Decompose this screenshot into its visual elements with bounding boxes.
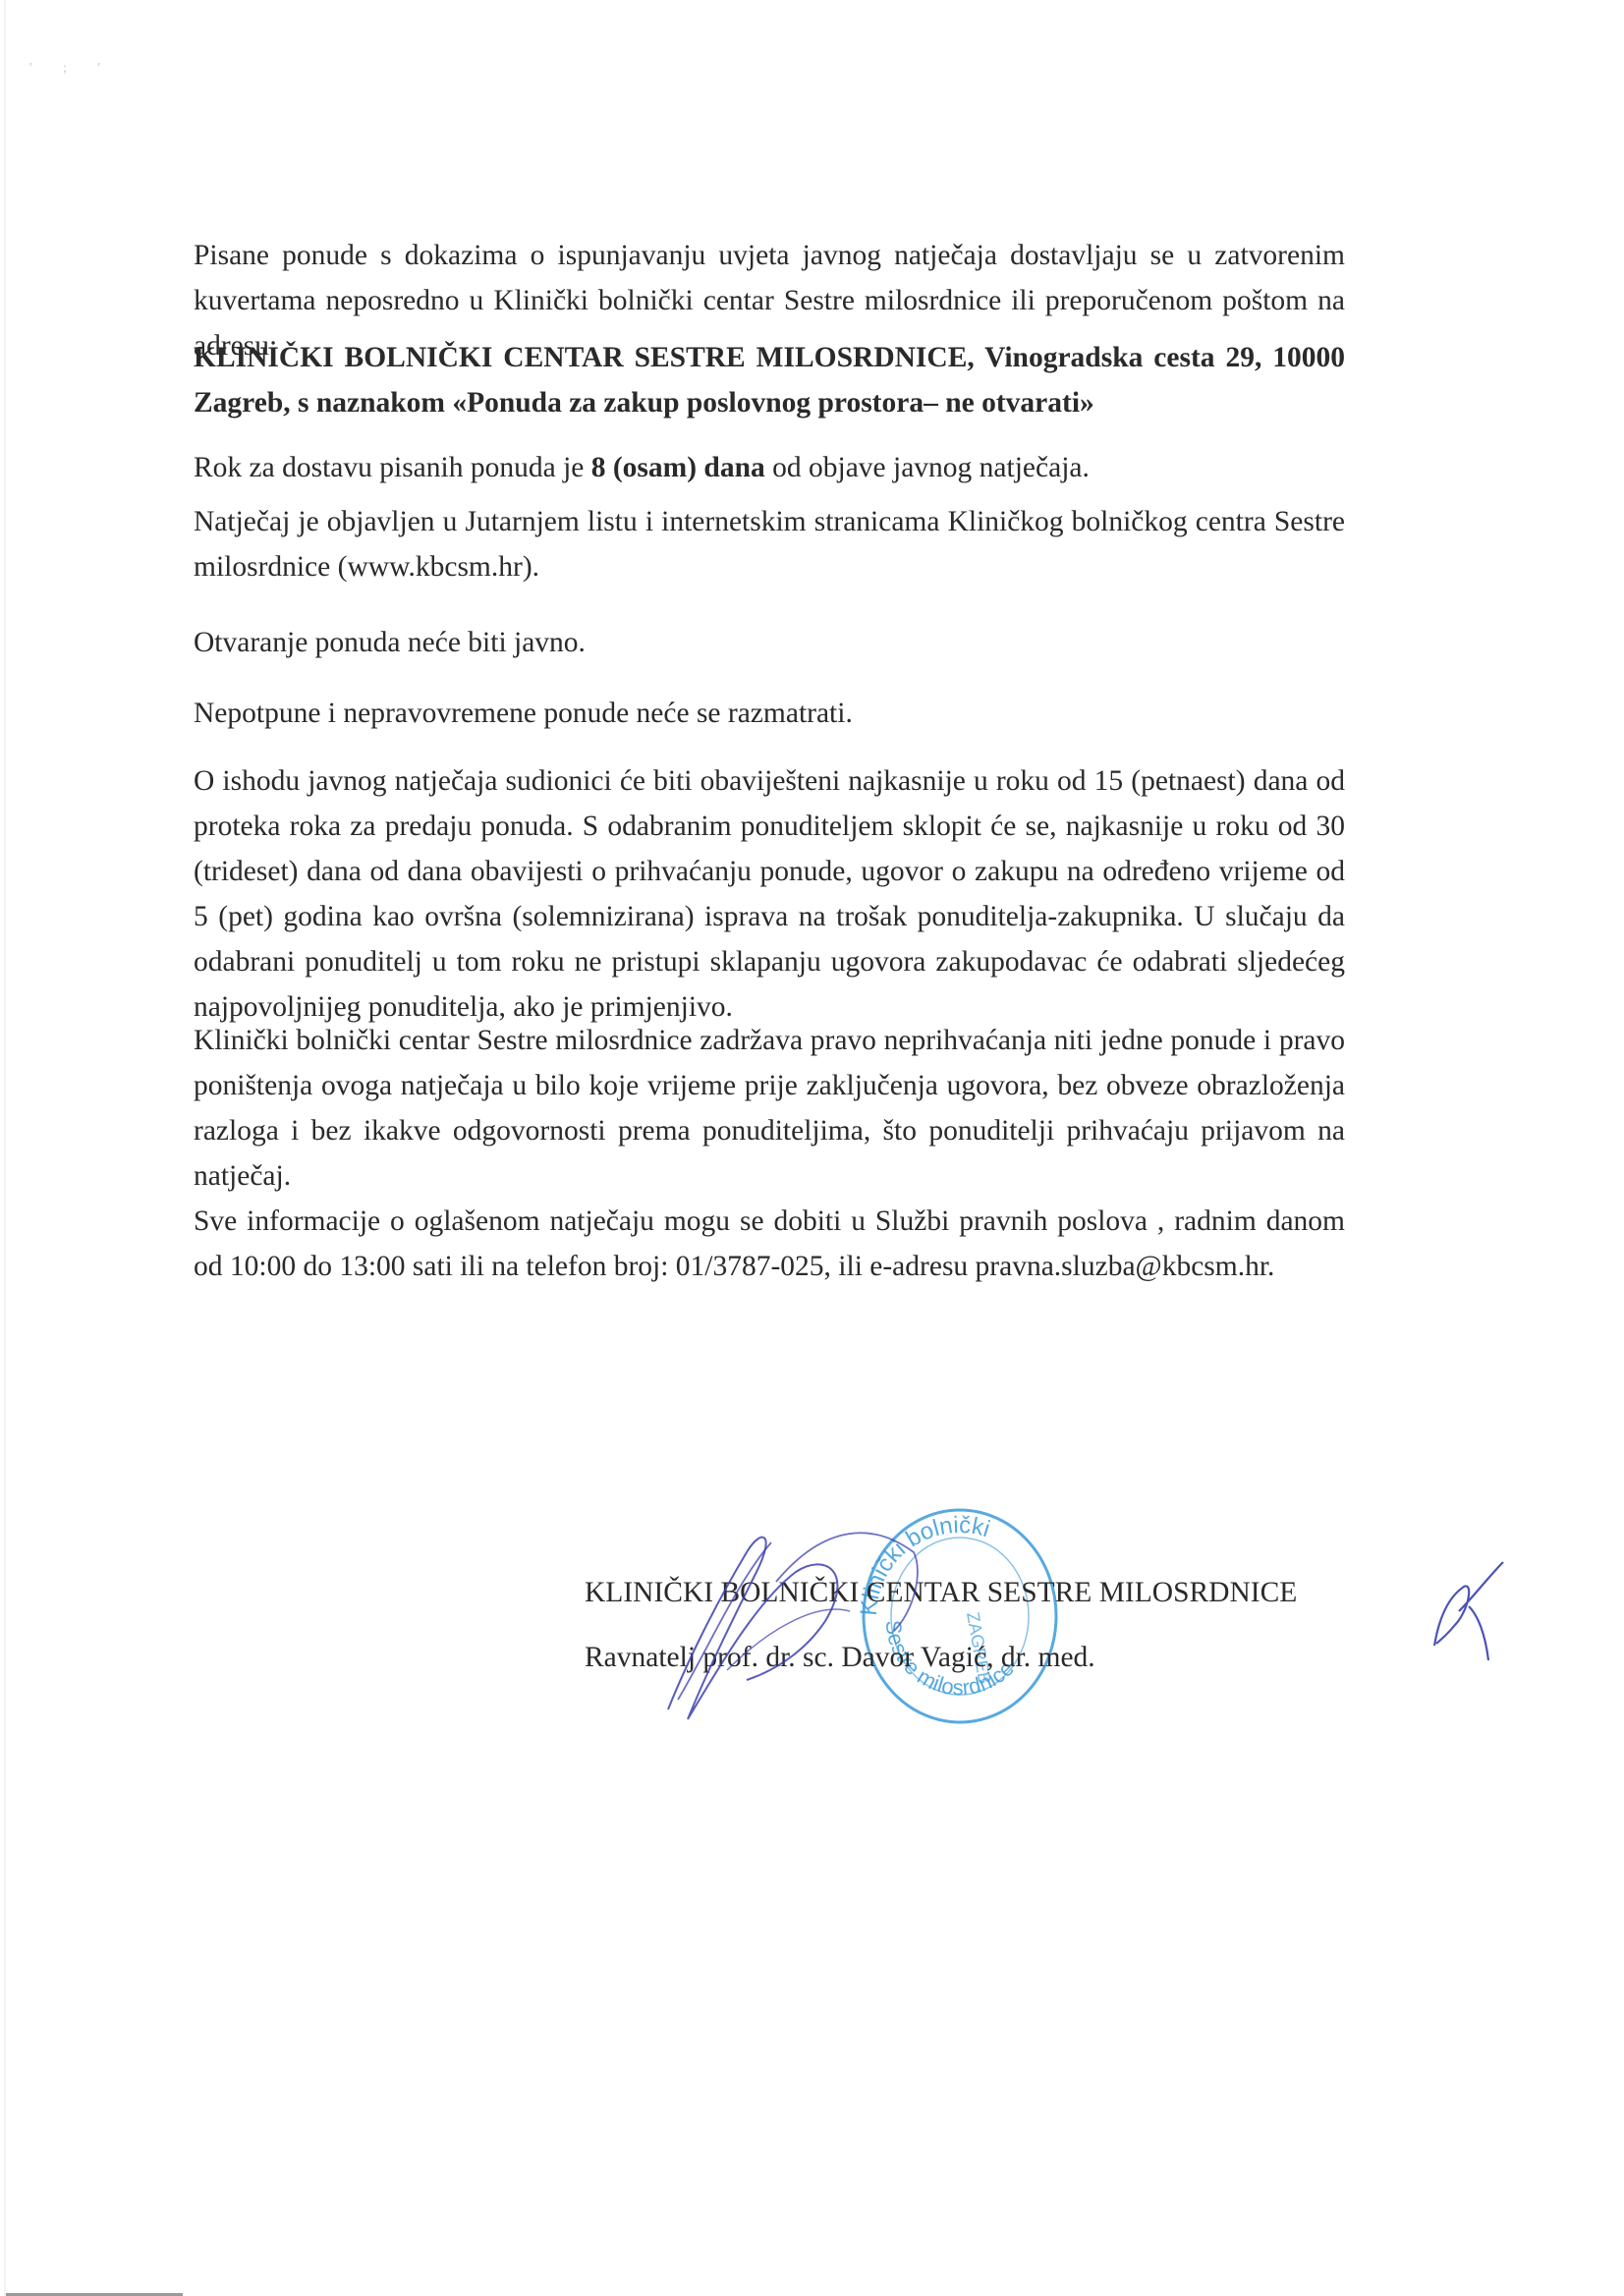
info-text: Sve informacije o oglašenom natječaju mo…: [194, 1199, 1345, 1289]
handwritten-signature-icon: [629, 1513, 963, 1739]
document-page: ' ; ' Pisane ponude s dokazima o ispunja…: [0, 0, 1624, 2296]
paragraph-published: Natječaj je objavljen u Jutarnjem listu …: [194, 499, 1345, 589]
paragraph-outcome: O ishodu javnog natječaja sudionici će b…: [194, 758, 1345, 1030]
paragraph-incomplete: Nepotpune i nepravovremene ponude neće s…: [194, 691, 1345, 736]
incomplete-text: Nepotpune i nepravovremene ponude neće s…: [194, 691, 1345, 736]
deadline-prefix: Rok za dostavu pisanih ponuda je: [194, 452, 591, 483]
paragraph-deadline: Rok za dostavu pisanih ponuda je 8 (osam…: [194, 445, 1345, 490]
scan-edge: [4, 0, 6, 2296]
opening-text: Otvaranje ponuda neće biti javno.: [194, 620, 1345, 665]
published-text: Natječaj je objavljen u Jutarnjem listu …: [194, 499, 1345, 589]
initials-icon: [1425, 1557, 1513, 1665]
scan-specks: ' ; ': [29, 61, 114, 77]
outcome-text: O ishodu javnog natječaja sudionici će b…: [194, 758, 1345, 1030]
deadline-days: 8 (osam) dana: [591, 452, 765, 483]
deadline-text: Rok za dostavu pisanih ponuda je 8 (osam…: [194, 445, 1345, 490]
deadline-suffix: od objave javnog natječaja.: [765, 452, 1090, 483]
paragraph-opening: Otvaranje ponuda neće biti javno.: [194, 620, 1345, 665]
address-text: KLINIČKI BOLNIČKI CENTAR SESTRE MILOSRDN…: [194, 335, 1345, 425]
rights-text: Klinički bolnički centar Sestre milosrdn…: [194, 1018, 1345, 1199]
paragraph-info: Sve informacije o oglašenom natječaju mo…: [194, 1199, 1345, 1289]
paragraph-address: KLINIČKI BOLNIČKI CENTAR SESTRE MILOSRDN…: [194, 335, 1345, 425]
paragraph-rights: Klinički bolnički centar Sestre milosrdn…: [194, 1018, 1345, 1199]
